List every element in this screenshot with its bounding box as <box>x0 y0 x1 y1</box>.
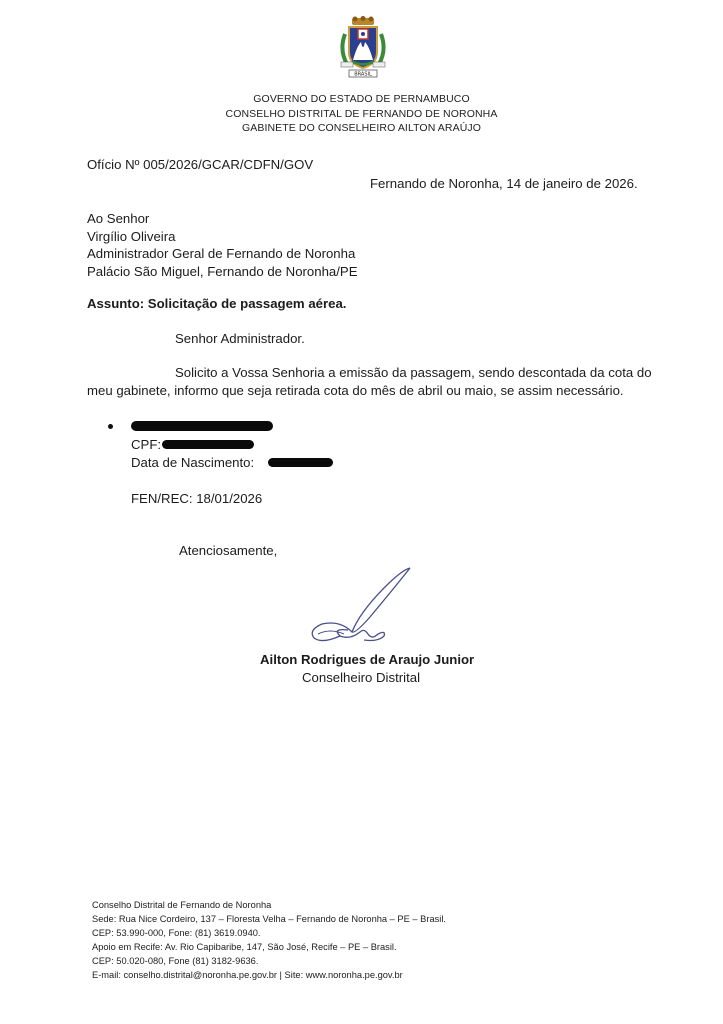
closing: Atenciosamente, <box>179 543 277 558</box>
salutation: Senhor Administrador. <box>175 331 305 346</box>
footer: Conselho Distrital de Fernando de Noronh… <box>92 898 446 982</box>
letterhead-line: GABINETE DO CONSELHEIRO AILTON ARAÚJO <box>0 121 723 136</box>
footer-phone: CEP: 53.990-000, Fone: (81) 3619.0940. <box>92 926 446 940</box>
redacted-birth-date <box>268 458 333 467</box>
route-date: FEN/REC: 18/01/2026 <box>131 491 262 506</box>
signatory-title: Conselheiro Distrital <box>302 670 420 685</box>
footer-contact: E-mail: conselho.distrital@noronha.pe.go… <box>92 968 446 982</box>
letterhead-line: GOVERNO DO ESTADO DE PERNAMBUCO <box>0 92 723 107</box>
birth-date-label: Data de Nascimento: <box>131 455 254 470</box>
subject: Assunto: Solicitação de passagem aérea. <box>87 296 346 311</box>
document-reference: Ofício Nº 005/2026/GCAR/CDFN/GOV <box>87 157 313 172</box>
signature-icon <box>300 562 420 648</box>
cpf-label: CPF: <box>131 437 161 452</box>
footer-recife-address: Apoio em Recife: Av. Rio Capibaribe, 147… <box>92 940 446 954</box>
bullet-icon <box>108 424 113 429</box>
signatory-name: Ailton Rodrigues de Araujo Junior <box>260 652 474 667</box>
footer-line: Conselho Distrital de Fernando de Noronh… <box>92 898 446 912</box>
paragraph-line-1: Solicito a Vossa Senhoria a emissão da p… <box>175 365 652 380</box>
recipient-address: Palácio São Miguel, Fernando de Noronha/… <box>87 263 358 281</box>
recipient-block: Ao Senhor Virgílio Oliveira Administrado… <box>87 210 358 280</box>
coat-of-arms-icon: BRASIL <box>337 16 389 80</box>
footer-recife-phone: CEP: 50.020-080, Fone (81) 3182-9636. <box>92 954 446 968</box>
paragraph-line-2: meu gabinete, informo que seja retirada … <box>87 383 624 398</box>
letterhead-line: CONSELHO DISTRITAL DE FERNANDO DE NORONH… <box>0 107 723 122</box>
place-date: Fernando de Noronha, 14 de janeiro de 20… <box>370 176 638 191</box>
redacted-cpf <box>162 440 254 449</box>
footer-address: Sede: Rua Nice Cordeiro, 137 – Floresta … <box>92 912 446 926</box>
recipient-role: Administrador Geral de Fernando de Noron… <box>87 245 358 263</box>
recipient-line: Ao Senhor <box>87 210 358 228</box>
recipient-name: Virgílio Oliveira <box>87 228 358 246</box>
letterhead: GOVERNO DO ESTADO DE PERNAMBUCO CONSELHO… <box>0 92 723 136</box>
crest-label: BRASIL <box>354 72 372 78</box>
redacted-passenger-name <box>131 421 273 431</box>
